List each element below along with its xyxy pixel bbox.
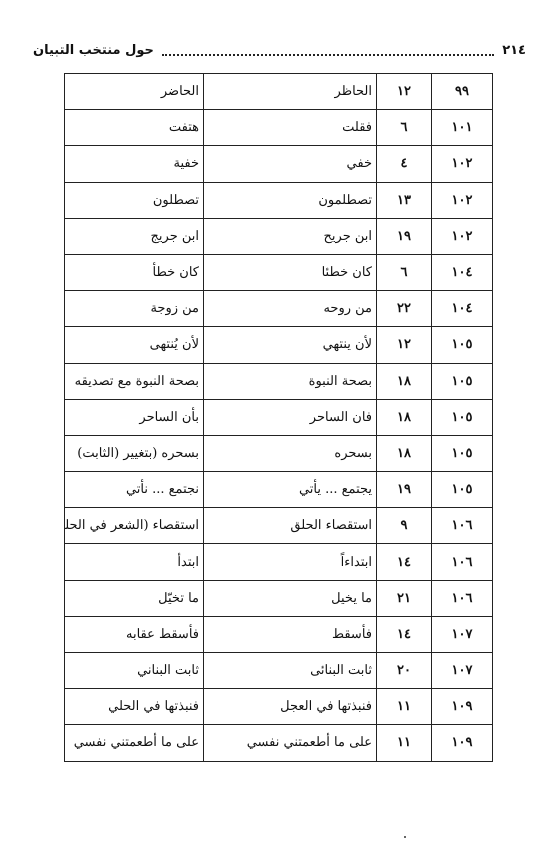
correct-text-cell: بصحة النبوة مع تصديقه (65, 363, 204, 399)
line-number-cell: ٢٢ (377, 291, 432, 327)
wrong-text-cell: من روحه (204, 291, 377, 327)
correct-text-cell: ابتدأ (65, 544, 204, 580)
table-row: ١٠٥١٩يجتمع ... يأتينجتمع ... نأتي (65, 472, 493, 508)
table-row: ١٠٥١٨بسحرهبسحره (بتغيير (الثابت) (65, 435, 493, 471)
table-row: ٩٩١٢الحاظرالحاضر (65, 74, 493, 110)
table-row: ١٠٦٩استقصاء الحلقاستقصاء (الشعر في الحلق… (65, 508, 493, 544)
page-number-cell: ١٠٥ (432, 472, 493, 508)
correct-text-cell: لأن يُنتهى (65, 327, 204, 363)
page-number-cell: ٩٩ (432, 74, 493, 110)
line-number-cell: ١٩ (377, 472, 432, 508)
wrong-text-cell: الحاظر (204, 74, 377, 110)
page-number-cell: ١٠٥ (432, 327, 493, 363)
line-number-cell: ١٣ (377, 182, 432, 218)
wrong-text-cell: ثابت البنائى (204, 653, 377, 689)
dotted-leader (162, 53, 494, 56)
page-number-cell: ١٠٢ (432, 182, 493, 218)
page-number-cell: ١٠٩ (432, 725, 493, 761)
wrong-text-cell: ما يخيل (204, 580, 377, 616)
correct-text-cell: هتفت (65, 110, 204, 146)
page-number-cell: ١٠٤ (432, 291, 493, 327)
wrong-text-cell: بصحة النبوة (204, 363, 377, 399)
line-number-cell: ٩ (377, 508, 432, 544)
line-number-cell: ١٨ (377, 363, 432, 399)
line-number-cell: ١٨ (377, 435, 432, 471)
line-number-cell: ١٢ (377, 327, 432, 363)
page-number-cell: ١٠٧ (432, 653, 493, 689)
wrong-text-cell: بسحره (204, 435, 377, 471)
table-row: ١٠٤٦كان خطئاكان خطأ (65, 254, 493, 290)
page-number-cell: ١٠٦ (432, 544, 493, 580)
line-number-cell: ١٨ (377, 399, 432, 435)
table-row: ١٠٩١١فنبذتها في العجلفنبذتها في الحلي (65, 689, 493, 725)
correct-text-cell: ثابت البناني (65, 653, 204, 689)
page-number-cell: ١٠٢ (432, 218, 493, 254)
correct-text-cell: خفية (65, 146, 204, 182)
wrong-text-cell: لأن ينتهي (204, 327, 377, 363)
line-number-cell: ١١ (377, 689, 432, 725)
correct-text-cell: بأن الساحر (65, 399, 204, 435)
line-number-cell: ٢١ (377, 580, 432, 616)
correct-text-cell: نجتمع ... نأتي (65, 472, 204, 508)
scan-speck (404, 836, 406, 838)
line-number-cell: ٦ (377, 110, 432, 146)
line-number-cell: ٢٠ (377, 653, 432, 689)
wrong-text-cell: ابتداءاً (204, 544, 377, 580)
correct-text-cell: الحاضر (65, 74, 204, 110)
page-number-cell: ١٠٩ (432, 689, 493, 725)
line-number-cell: ٤ (377, 146, 432, 182)
errata-table-body: ٩٩١٢الحاظرالحاضر١٠١٦فقلتهتفت١٠٢٤خفيخفية١… (65, 74, 493, 762)
line-number-cell: ١٢ (377, 74, 432, 110)
correct-text-cell: كان خطأ (65, 254, 204, 290)
page-number-cell: ١٠٢ (432, 146, 493, 182)
wrong-text-cell: فأسقط (204, 616, 377, 652)
errata-table: ٩٩١٢الحاظرالحاضر١٠١٦فقلتهتفت١٠٢٤خفيخفية١… (64, 73, 493, 762)
line-number-cell: ١١ (377, 725, 432, 761)
wrong-text-cell: استقصاء الحلق (204, 508, 377, 544)
line-number-cell: ١٩ (377, 218, 432, 254)
table-row: ١٠٥١٨فان الساحربأن الساحر (65, 399, 493, 435)
line-number-cell: ٦ (377, 254, 432, 290)
page-number-cell: ١٠٤ (432, 254, 493, 290)
page-number-cell: ١٠٥ (432, 399, 493, 435)
correct-text-cell: من زوجة (65, 291, 204, 327)
correct-text-cell: فأسقط عقابه (65, 616, 204, 652)
line-number-cell: ١٤ (377, 544, 432, 580)
correct-text-cell: فنبذتها في الحلي (65, 689, 204, 725)
correct-text-cell: على ما أطعمتني نفسي (65, 725, 204, 761)
page-number: ٢١٤ (498, 43, 526, 58)
wrong-text-cell: يجتمع ... يأتي (204, 472, 377, 508)
page-number-cell: ١٠١ (432, 110, 493, 146)
table-row: ١٠٩١١على ما أطعمتني نفسيعلى ما أطعمتني ن… (65, 725, 493, 761)
correct-text-cell: تصطلون (65, 182, 204, 218)
wrong-text-cell: على ما أطعمتني نفسي (204, 725, 377, 761)
wrong-text-cell: فنبذتها في العجل (204, 689, 377, 725)
line-number-cell: ١٤ (377, 616, 432, 652)
table-row: ١٠٦٢١ما يخيلما تخيّل (65, 580, 493, 616)
correct-text-cell: ابن جريج (65, 218, 204, 254)
page-number-cell: ١٠٦ (432, 508, 493, 544)
running-header: ٢١٤ حول منتخب التبيان (33, 40, 526, 60)
table-row: ١٠٧١٤فأسقطفأسقط عقابه (65, 616, 493, 652)
wrong-text-cell: ابن جريح (204, 218, 377, 254)
correct-text-cell: ما تخيّل (65, 580, 204, 616)
table-row: ١٠٤٢٢من روحهمن زوجة (65, 291, 493, 327)
page-number-cell: ١٠٥ (432, 435, 493, 471)
wrong-text-cell: تصطلمون (204, 182, 377, 218)
table-row: ١٠٥١٨بصحة النبوةبصحة النبوة مع تصديقه (65, 363, 493, 399)
wrong-text-cell: خفي (204, 146, 377, 182)
wrong-text-cell: فقلت (204, 110, 377, 146)
correct-text-cell: بسحره (بتغيير (الثابت) (65, 435, 204, 471)
table-row: ١٠٢٤خفيخفية (65, 146, 493, 182)
page-number-cell: ١٠٧ (432, 616, 493, 652)
wrong-text-cell: كان خطئا (204, 254, 377, 290)
wrong-text-cell: فان الساحر (204, 399, 377, 435)
table-row: ١٠٦١٤ابتداءاًابتدأ (65, 544, 493, 580)
table-row: ١٠٢١٣تصطلمونتصطلون (65, 182, 493, 218)
table-row: ١٠١٦فقلتهتفت (65, 110, 493, 146)
page-number-cell: ١٠٥ (432, 363, 493, 399)
correct-text-cell: استقصاء (الشعر في الحلق) (65, 508, 204, 544)
table-row: ١٠٥١٢لأن ينتهيلأن يُنتهى (65, 327, 493, 363)
table-row: ١٠٧٢٠ثابت البنائىثابت البناني (65, 653, 493, 689)
book-title: حول منتخب التبيان (33, 43, 158, 58)
table-row: ١٠٢١٩ابن جريحابن جريج (65, 218, 493, 254)
page-number-cell: ١٠٦ (432, 580, 493, 616)
